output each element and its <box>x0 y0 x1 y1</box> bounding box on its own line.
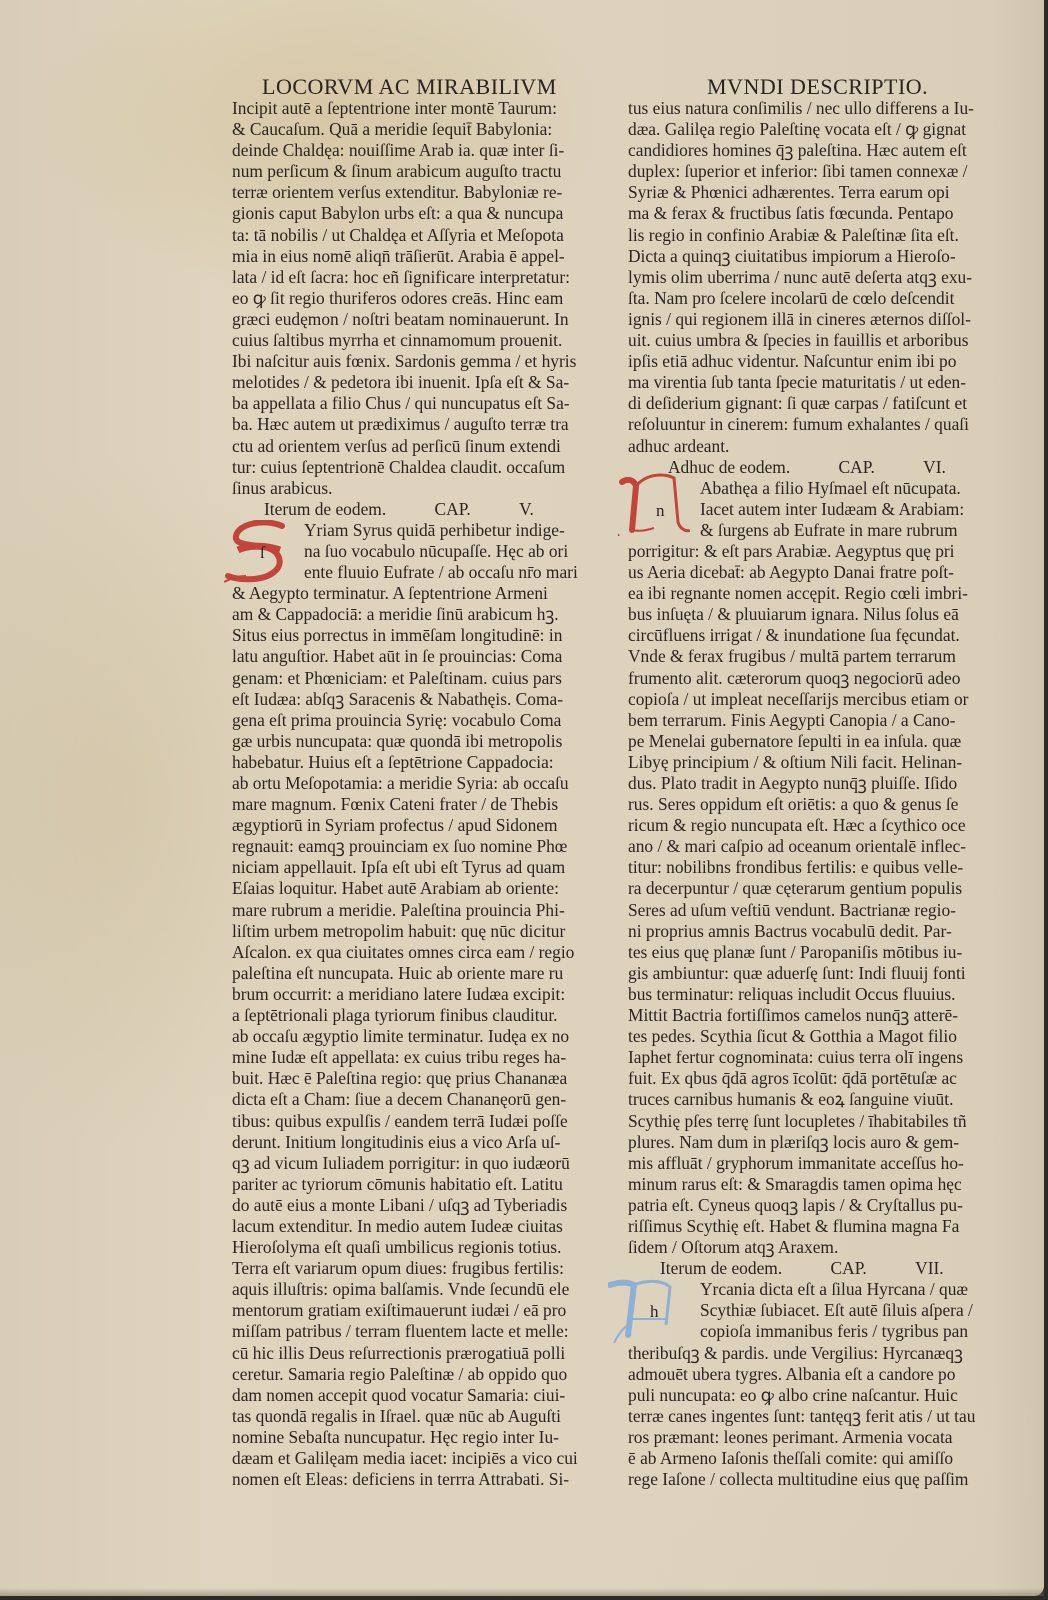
text-line: copioſa / ut impleat neceſſariјs mercibu… <box>628 689 978 710</box>
text-line: lata / id eſt ſacra: hoc eñ ſignificare … <box>232 267 577 288</box>
running-head-left: LOCORVM AC MIRABILIVM <box>262 74 557 100</box>
text-line: ta: tā nobilis / ut Chaldęa et Aſſyria e… <box>232 225 577 246</box>
text-line: duplex: ſuperior et inferior: ſibi tamen… <box>628 161 978 182</box>
text-line: frumento alit. cæterorum quoqꝫ negociorū… <box>628 668 978 689</box>
text-line: gionis caput Babylon urbs eſt: a qua & n… <box>232 203 577 224</box>
text-line: tus eius natura conſimilis / nec ullo di… <box>628 98 978 119</box>
text-line: nomine Sebaſta nuncupatur. Hęc regio int… <box>232 1427 577 1448</box>
text-line: niciam appellauit. Ipſa eſt ubi eſt Tyru… <box>232 857 577 878</box>
text-line: Yriam Syrus quidā perhibetur indige- <box>232 520 577 541</box>
guide-letter: n <box>656 500 665 521</box>
text-line: pe Menelai gubernatore ſepulti in ea inſ… <box>628 731 978 752</box>
chapter-number: V. <box>519 499 534 520</box>
text-line: ſta. Nam pro ſcelere incolarū de cœlo de… <box>628 288 978 309</box>
text-line: ra decerpuntur / quæ cęterarum gentium p… <box>628 878 978 899</box>
text-line: Eſaias loquitur. Habet autē Arabiam ab o… <box>232 878 577 899</box>
text-line: ma & ferax & fructibus ſatis fœcunda. Pe… <box>628 203 978 224</box>
text-line: us Aeria dicebat̄: ab Aegypto Danai frat… <box>628 562 978 583</box>
left-intro-paragraph: Incipit autē a ſeptentrione inter montē … <box>232 98 577 499</box>
text-line: genam: et Phœniciam: et Paleſtinam. cuiu… <box>232 668 577 689</box>
text-line: fuit. Ex qbus q̄dā agros īcolūt: q̄dā po… <box>628 1068 978 1089</box>
text-line: dicta eſt a Cham: ſiue a decem Chananęor… <box>232 1089 577 1110</box>
text-line: eo ꝙ ſit regio thuriferos odores creās. … <box>232 288 577 309</box>
text-line: terræ canes ingentes ſunt: tantęqꝫ ferit… <box>628 1406 978 1427</box>
text-line: rege Iaſone / collecta multitudine eius … <box>628 1469 978 1490</box>
text-line: deinde Chaldęa: nouiſſime Arab ia. quæ i… <box>232 140 577 161</box>
text-line: ente fluuio Eufrate / ab occaſu nr̄o mar… <box>232 562 577 583</box>
text-line: a ſeptētrionali plaga tyriorum finibus c… <box>232 1005 577 1026</box>
text-line: tas quondā regalis in Iſrael. quæ nūc ab… <box>232 1406 577 1427</box>
text-line: cū hic illis Deus reſurrectionis præroga… <box>232 1343 577 1364</box>
text-line: tes pedes. Scythia ſicut & Gotthia a Mag… <box>628 1026 978 1047</box>
text-line: minum rarus eſt: & Smaragdis tamen opima… <box>628 1174 978 1195</box>
text-line: miſſam patribus / terram fluentem lacte … <box>232 1321 577 1342</box>
chapter-title: Iterum de eodem. <box>264 499 386 519</box>
text-line: ē ab Armeno Iaſonis theſſali comite: qui… <box>628 1448 978 1469</box>
text-line: mentorum gratiam exiſtimauerunt iudæi / … <box>232 1300 577 1321</box>
text-line: latu anguſtior. Habet aūt in ſe prouinci… <box>232 646 577 667</box>
text-line: eſt Iudæa: abſqꝫ Saracenis & Nabathęis. … <box>232 689 577 710</box>
text-line: dam nomen accepit quod vocatur Samaria: … <box>232 1385 577 1406</box>
text-line: ab ortu Meſopotamia: a meridie Syria: ab… <box>232 773 577 794</box>
text-line: regnauit: eamqꝫ prouinciam ex ſuo nomine… <box>232 836 577 857</box>
text-line: nomen eſt Eleas: deficiens in terrra Att… <box>232 1469 577 1490</box>
right-text-column: tus eius natura conſimilis / nec ullo di… <box>628 98 978 1490</box>
text-line: ea ibi regnante nomen accępit. Regio cœl… <box>628 583 978 604</box>
chapter-number: VI. <box>923 457 946 478</box>
chapter-cap-label: CAP. <box>831 1258 867 1279</box>
text-line: ricum & regio nuncupata eſt. Hæc a ſcyth… <box>628 815 978 836</box>
text-line: ba. Hæc autem ut prædiximus / auguſto te… <box>232 414 577 435</box>
chapter-vii-heading: Iterum de eodem. CAP. VII. <box>628 1258 978 1279</box>
text-line: rus. Seres oppidum eſt oriētis: a quo & … <box>628 794 978 815</box>
text-line: brum occurrit: a meridiano latere Iudæa … <box>232 984 577 1005</box>
chapter-number: VII. <box>915 1258 944 1279</box>
chapter-vii-opening: h Yrcania dicta eſt a ſilua Hyrcana / qu… <box>628 1279 978 1342</box>
chapter-vi-heading: Adhuc de eodem. CAP. VI. <box>628 457 978 478</box>
text-line: Syriæ & Phœnici adhærentes. Terra earum … <box>628 182 978 203</box>
text-line: græci eudęmon / noſtri beatam nominaueru… <box>232 309 577 330</box>
text-line: Iaphet fertur cognominata: cuius terra o… <box>628 1047 978 1068</box>
text-line: bem terrarum. Finis Aegypti Canopia / a … <box>628 710 978 731</box>
text-line: tur: cuius ſeptentrionē Chaldea claudit.… <box>232 457 577 478</box>
text-line: ab occaſu ægyptio limite terminatur. Iud… <box>232 1026 577 1047</box>
text-line: dæam et Galilęam media iacet: incipiēs a… <box>232 1448 577 1469</box>
text-line: copioſa immanibus feris / tygribus pan <box>628 1321 978 1342</box>
text-line: titur: nobilibns frondibus fertilis: e q… <box>628 857 978 878</box>
text-line: qꝫ ad vicum Iuliadem porrigitur: in quo … <box>232 1153 577 1174</box>
text-line: tibus: quibus expulſis / eandem terrā Iu… <box>232 1111 577 1132</box>
text-line: plures. Nam dum in plæriſqꝫ locis auro &… <box>628 1132 978 1153</box>
text-line: lis regio in confinio Arabiæ & Paleſtinæ… <box>628 225 978 246</box>
text-line: Incipit autē a ſeptentrione inter montē … <box>232 98 577 119</box>
text-line: mis affluāt / gryphorum immanitate acceſ… <box>628 1153 978 1174</box>
text-line: do autē eius a monte Libani / uſqꝫ ad Ty… <box>232 1195 577 1216</box>
text-line: adhuc ardeant. <box>628 436 978 457</box>
text-line: pariter ac tyriorum cōmunis habitatio eſ… <box>232 1174 577 1195</box>
text-line: aquis illuſtris: opima balſamis. Vnde ſe… <box>232 1279 577 1300</box>
text-line: habebatur. Huius eſt a ſeptētrione Cappa… <box>232 752 577 773</box>
text-line: ægyptiorū in Syriam profectus / apud Sid… <box>232 815 577 836</box>
left-text-column: Incipit autē a ſeptentrione inter montē … <box>232 98 577 1490</box>
text-line: num perſicum & ſinum arabicum auguſto tr… <box>232 161 577 182</box>
text-line: am & Cappadociā: a meridie ſinū arabicum… <box>232 604 577 625</box>
text-line: mare rubrum a meridie. Paleſtina prouinc… <box>232 900 577 921</box>
chapter-vi-opening: n Abathęa a filio Hyſmael eſt nūcupata.I… <box>628 478 978 541</box>
guide-letter: h <box>650 1301 659 1322</box>
chapter-title: Adhuc de eodem. <box>668 457 790 477</box>
text-line: porrigitur: & eſt pars Arabiæ. Aegyptus … <box>628 541 978 562</box>
chapter-v-heading: Iterum de eodem. CAP. V. <box>232 499 577 520</box>
text-line: tes eius quę planæ ſunt / Paropaniſis mō… <box>628 942 978 963</box>
text-line: Iacet autem inter Iudæam & Arabiam: <box>628 499 978 520</box>
text-line: ſinus arabicus. <box>232 478 577 499</box>
chapter-v-opening: ſ Yriam Syrus quidā perhibetur indige-na… <box>232 520 577 583</box>
text-line: ni proprius amnis Bactrus vocabulū dedit… <box>628 921 978 942</box>
text-line: cuius ſaltibus myrrha et cinnamomum prou… <box>232 330 577 351</box>
text-line: Hieroſolyma eſt quaſi umbilicus regionis… <box>232 1237 577 1258</box>
running-head-right: MVNDI DESCRIPTIO. <box>707 74 928 100</box>
text-line: melotides / & pedetora ibi inuenit. Ipſa… <box>232 372 577 393</box>
text-line: & Aegypto terminatur. A ſeptentrione Arm… <box>232 583 577 604</box>
text-line: ctu ad orientem verſus ad perſicū ſinum … <box>232 436 577 457</box>
text-line: Abathęa a filio Hyſmael eſt nūcupata. <box>628 478 978 499</box>
text-line: gena eſt prima prouincia Syrię: vocabulo… <box>232 710 577 731</box>
text-line: paleſtina eſt nuncupata. Huic ab oriente… <box>232 963 577 984</box>
text-line: ba appellata a filio Chus / qui nuncupat… <box>232 393 577 414</box>
text-line: Vnde & ferax frugibus / multā partem ter… <box>628 646 978 667</box>
text-line: liſtim urbem metropolim habuit: quę nūc … <box>232 921 577 942</box>
right-intro-paragraph: tus eius natura conſimilis / nec ullo di… <box>628 98 978 457</box>
text-line: derunt. Initium longitudinis eius a vico… <box>232 1132 577 1153</box>
text-line: Scythiæ ſubiacet. Eſt autē ſiluis aſpera… <box>628 1300 978 1321</box>
text-line: reſoluuntur in cinerem: fumum exhalantes… <box>628 414 978 435</box>
text-line: patria eſt. Cyneus quoqꝫ lapis / & Cryſt… <box>628 1195 978 1216</box>
chapter-title: Iterum de eodem. <box>660 1258 782 1278</box>
text-line: & Caucaſum. Quā a meridie ſequit̄ Babylo… <box>232 119 577 140</box>
text-line: bus terminatur: reliquas includit Occus … <box>628 984 978 1005</box>
text-line: terræ orientem verſus extenditur. Babylo… <box>232 182 577 203</box>
text-line: riſſimus Scythię eſt. Habet & flumina ma… <box>628 1216 978 1237</box>
text-line: Dicta a quinqꝫ ciuitatibus impiorum a Hi… <box>628 246 978 267</box>
text-line: & ſurgens ab Eufrate in mare rubrum <box>628 520 978 541</box>
text-line: Aſcalon. ex qua ciuitates omnes circa ea… <box>232 942 577 963</box>
text-line: mine Iudæ eſt appellata: ex cuius tribu … <box>232 1047 577 1068</box>
text-line: ignis / qui regionem illā in cineres æte… <box>628 309 978 330</box>
text-line: ipſis etiā adhuc videntur. Naſcuntur eni… <box>628 351 978 372</box>
text-line: Yrcania dicta eſt a ſilua Hyrcana / quæ <box>628 1279 978 1300</box>
text-line: Scythię pſes terrę ſunt locupletes / īha… <box>628 1111 978 1132</box>
text-line: candidiores homines q̄ꝫ paleſtina. Hæc a… <box>628 140 978 161</box>
text-line: lacum extenditur. In medio autem Iudeæ c… <box>232 1216 577 1237</box>
text-line: ros præmant: leones perimant. Armenia vo… <box>628 1427 978 1448</box>
text-line: theribuſqꝫ & pardis. unde Vergilius: Hyr… <box>628 1343 978 1364</box>
text-line: mia in eius nomē aliqn̄ trāſierūt. Arabi… <box>232 246 577 267</box>
text-line: ma virentia ſub tanta ſpecie maturitatis… <box>628 372 978 393</box>
text-line: truces carnibus humanis & eoꝝ ſanguine v… <box>628 1089 978 1110</box>
text-line: ano / & mari caſpio ad oceanum orientalē… <box>628 836 978 857</box>
text-line: mare magnum. Fœnix Cateni frater / de Th… <box>232 794 577 815</box>
text-line: puli nuncupata: eo ꝙ albo crine naſcantu… <box>628 1385 978 1406</box>
text-line: Libyę principium / & oſtium Nili facit. … <box>628 752 978 773</box>
text-line: admouēt ubera tygres. Albania eſt a cand… <box>628 1364 978 1385</box>
text-line: gis ambiuntur: quæ aduerſę ſunt: Indi fl… <box>628 963 978 984</box>
text-line: Seres ad uſum veſtiū vendunt. Bactrianæ … <box>628 900 978 921</box>
text-line: dæa. Galilęa regio Paleſtinę vocata eſt … <box>628 119 978 140</box>
guide-letter: ſ <box>260 542 265 563</box>
text-line: Ibi naſcitur auis fœnix. Sardonis gemma … <box>232 351 577 372</box>
book-page: LOCORVM AC MIRABILIVM MVNDI DESCRIPTIO. … <box>0 0 1044 1596</box>
text-line: uit. cuius umbra & ſpecies in fauillis e… <box>628 330 978 351</box>
text-line: lymis olim uberrima / nunc autē deſerta … <box>628 267 978 288</box>
chapter-cap-label: CAP. <box>839 457 875 478</box>
text-line: ſidem / Oſtorum atqꝫ Araxem. <box>628 1237 978 1258</box>
text-line: bus inſuęta / & pluuiarum ignara. Nilus … <box>628 604 978 625</box>
text-line: Situs eius porrectus in immēſam longitud… <box>232 625 577 646</box>
text-line: di deſiderium gignant: ſi quæ carpas / f… <box>628 393 978 414</box>
text-line: gæ urbis nuncupata: quæ quondā ibi metro… <box>232 731 577 752</box>
text-line: buit. Hæc ē Paleſtina regio: quę prius C… <box>232 1068 577 1089</box>
text-line: na ſuo vocabulo nūcupaſſe. Hęc ab ori <box>232 541 577 562</box>
text-line: circūfluens irrigat / & inundatione ſua … <box>628 625 978 646</box>
text-line: dus. Plato tradit in Aegypto nunq̄ꝫ plui… <box>628 773 978 794</box>
chapter-cap-label: CAP. <box>435 499 471 520</box>
text-line: ceretur. Samaria regio Paleſtinæ / ab op… <box>232 1364 577 1385</box>
text-line: Terra eſt variarum opum diues: frugibus … <box>232 1258 577 1279</box>
text-line: Mittit Bactria fortiſſimos camelos nunq̄… <box>628 1005 978 1026</box>
